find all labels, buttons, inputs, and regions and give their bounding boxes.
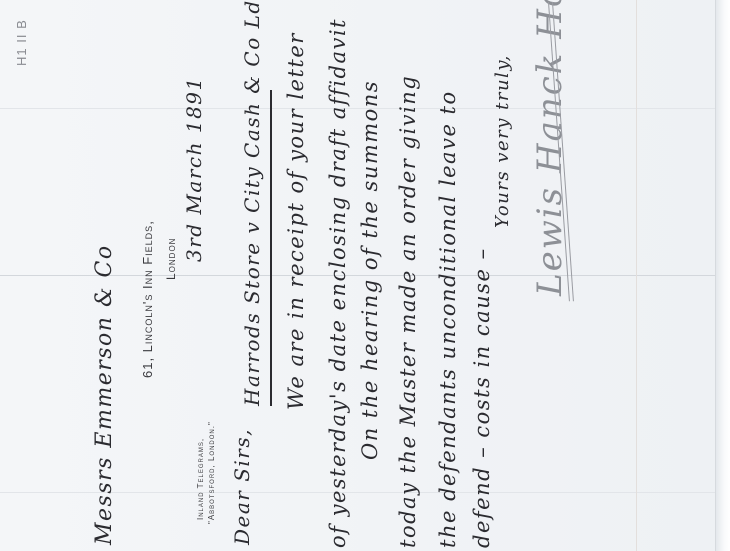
- letterhead-city: London: [164, 238, 178, 280]
- body-line-4: today the Master made an order giving: [396, 75, 420, 548]
- margin-note: H1 II B: [14, 19, 29, 66]
- addressee: Messrs Emmerson & Co: [92, 244, 117, 545]
- body-line-6: defend – costs in cause –: [470, 247, 494, 548]
- closing: Yours very truly,: [492, 54, 513, 228]
- letter-date: 3rd March 1891: [182, 76, 206, 262]
- salutation: Dear Sirs,: [230, 428, 254, 545]
- body-line-3: On the hearing of the summons: [358, 80, 382, 460]
- telegram-label: Inland Telegrams,: [196, 438, 205, 520]
- body-line-5: the defendants unconditional leave to: [436, 90, 460, 548]
- subject-line: Harrods Store v City Cash & Co Ld: [240, 0, 264, 406]
- body-line-1: We are in receipt of your letter: [284, 32, 308, 410]
- telegram-address: "Abbotsford, London.": [207, 421, 216, 524]
- letter-page: H1 II B Messrs Emmerson & Co 61, Lincoln…: [0, 0, 718, 551]
- letterhead-address: 61, Lincoln's Inn Fields,: [140, 220, 155, 378]
- vertical-crease: [636, 0, 637, 551]
- page-edge-shadow: [715, 0, 730, 551]
- subject-underline: [270, 90, 272, 406]
- body-line-2: of yesterday's date enclosing draft affi…: [326, 18, 350, 548]
